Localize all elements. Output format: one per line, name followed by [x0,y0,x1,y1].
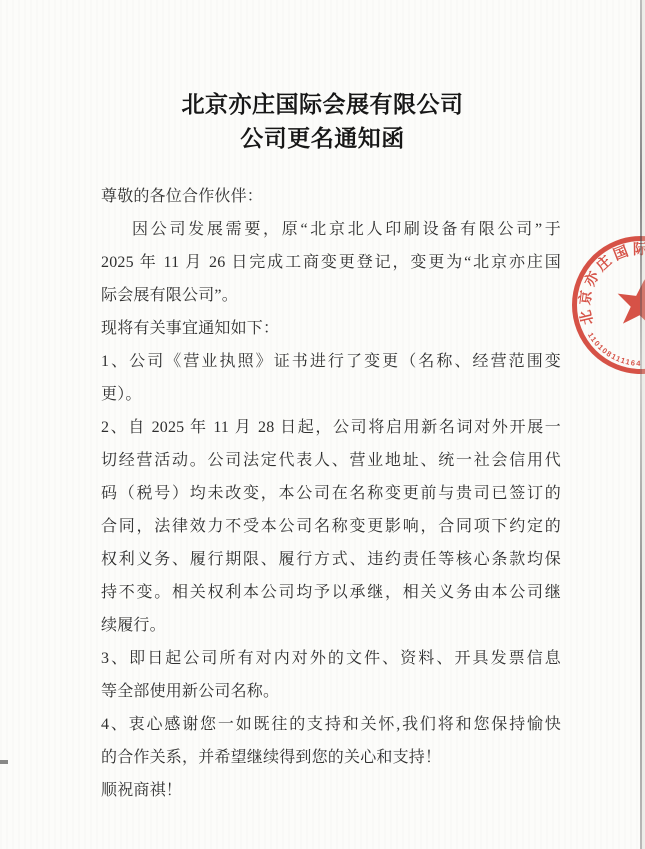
body-line: 4、衷心感谢您一如既往的支持和关怀,我们将和您保持愉快 [101,708,561,741]
body-line: 2025 年 11 月 26 日完成工商变更登记，变更为“北京亦庄国 [101,246,561,279]
scan-edge-line [640,0,642,849]
body-line: 权利义务、履行期限、履行方式、违约责任等核心条款均保 [101,543,561,576]
salutation: 尊敬的各位合作伙伴： [101,180,561,213]
body-line: 的合作关系，并希望继续得到您的关心和支持！ [101,741,561,774]
body-line: 际会展有限公司”。 [101,279,561,312]
body-line: 3、即日起公司所有对内对外的文件、资料、开具发票信息 [101,642,561,675]
document-title: 北京亦庄国际会展有限公司 公司更名通知函 [0,88,645,156]
letter-body: 尊敬的各位合作伙伴：因公司发展需要，原“北京北人印刷设备有限公司”于2025 年… [101,180,561,807]
scan-artifact-speck [0,760,8,764]
company-seal: 北京亦庄国际会展有限公司 110108111164 [566,234,645,384]
body-line: 合同，法律效力不受本公司名称变更影响，合同项下约定的 [101,510,561,543]
body-line: 2、自 2025 年 11 月 28 日起，公司将启用新名词对外开展一 [101,411,561,444]
seal-company-arc-text: 北京亦庄国际会展有限公司 [576,240,645,345]
body-line: 1、公司《营业执照》证书进行了变更（名称、经营范围变 [101,345,561,378]
body-line: 切经营活动。公司法定代表人、营业地址、统一社会信用代 [101,444,561,477]
title-line-1: 北京亦庄国际会展有限公司 [0,88,645,122]
body-line: 续履行。 [101,609,561,642]
body-line: 码（税号）均未改变，本公司在名称变更前与贵司已签订的 [101,477,561,510]
title-line-2: 公司更名通知函 [0,122,645,156]
body-line: 因公司发展需要，原“北京北人印刷设备有限公司”于 [101,213,561,246]
body-line: 更）。 [101,378,561,411]
body-line: 等全部使用新公司名称。 [101,675,561,708]
scanned-letter-page: 北京亦庄国际会展有限公司 公司更名通知函 尊敬的各位合作伙伴：因公司发展需要，原… [0,0,645,849]
body-line: 顺祝商祺！ [101,774,561,807]
body-line: 现将有关事宜通知如下： [101,312,561,345]
body-line: 持不变。相关权利本公司均予以承继，相关义务由本公司继 [101,576,561,609]
